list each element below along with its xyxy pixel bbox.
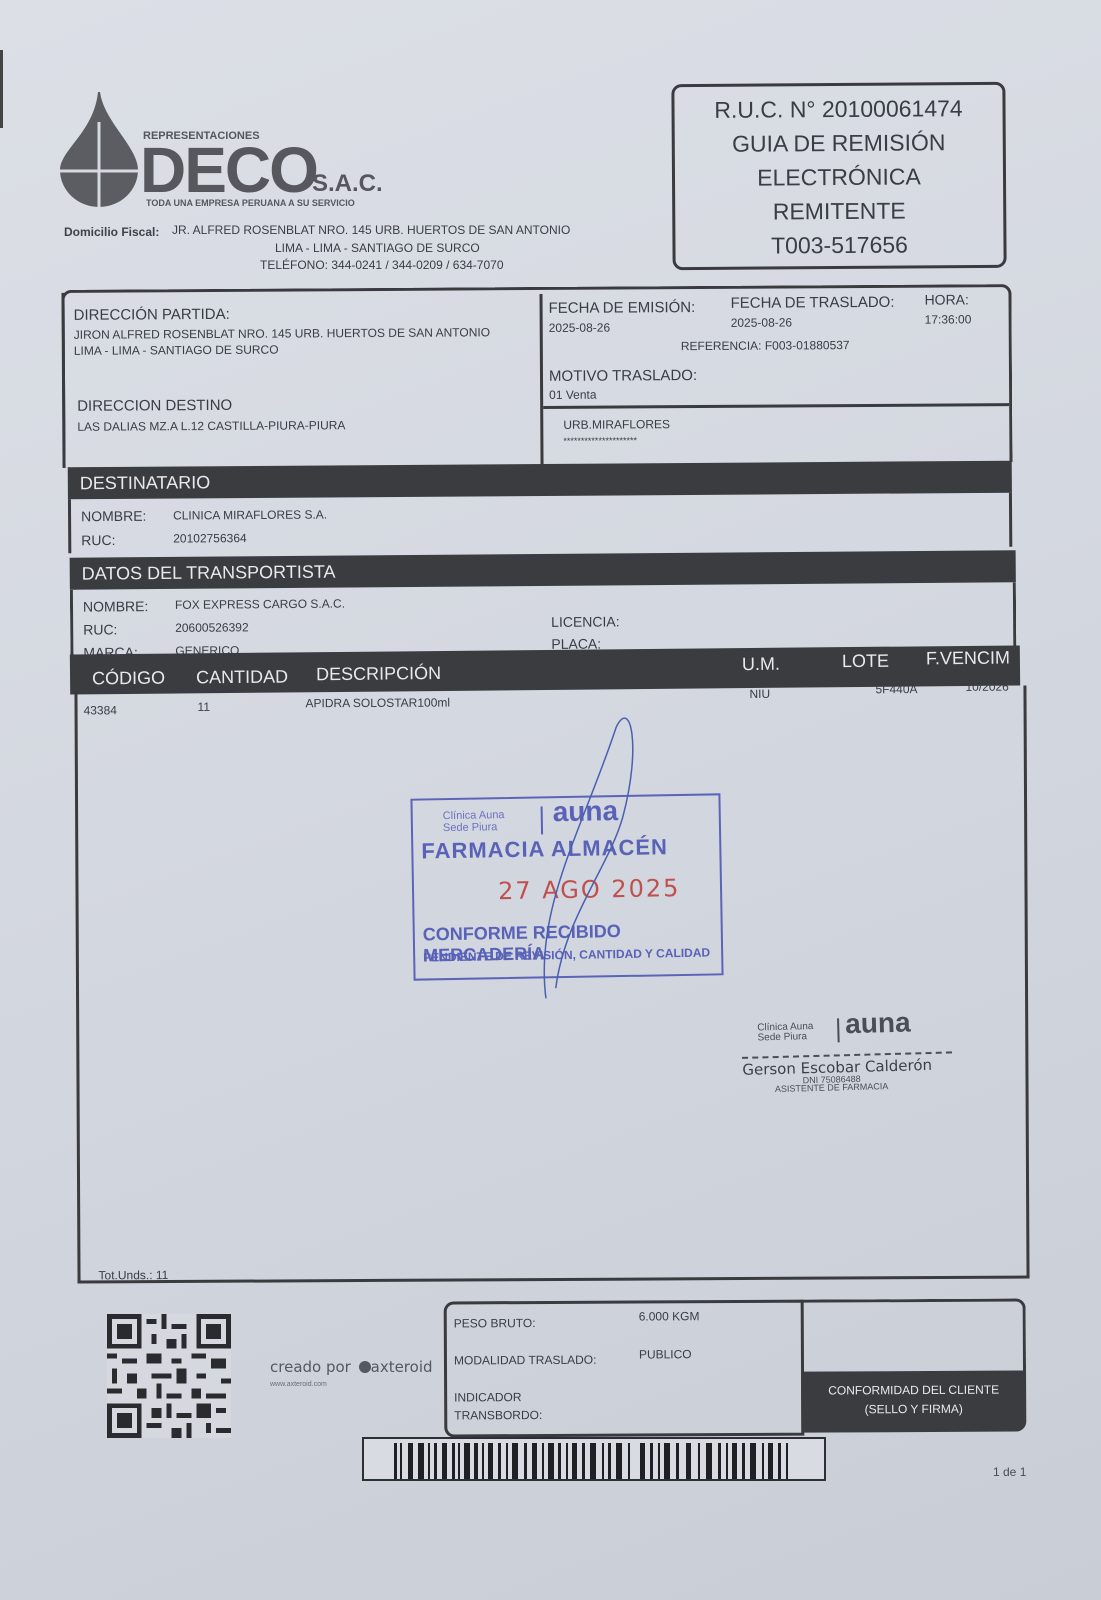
col-exp: F.VENCIM <box>926 648 1010 670</box>
col-desc: DESCRIPCIÓN <box>316 663 441 685</box>
company-phone: TELÉFONO: 344-0241 / 344-0209 / 634-7070 <box>260 258 504 272</box>
doc-type-line1: GUIA DE REMISIÓN <box>675 125 1003 161</box>
destination-label: DIRECCION DESTINO <box>77 397 232 415</box>
time-label: HORA: <box>924 291 968 307</box>
col-lot: LOTE <box>842 651 889 672</box>
origin-label: DIRECCIÓN PARTIDA: <box>74 306 230 324</box>
weight-value: 6.000 KGM <box>639 1309 700 1323</box>
barcode <box>362 1437 826 1481</box>
conformity-line1: CONFORMIDAD DEL CLIENTE <box>801 1380 1026 1400</box>
cell-qty: 11 <box>198 700 211 714</box>
created-by: creado por axteroid <box>270 1358 433 1376</box>
divider <box>539 294 543 466</box>
barcode-icon <box>364 1439 824 1479</box>
vendor-name: axteroid <box>371 1358 433 1376</box>
weight-label: PESO BRUTO: <box>454 1316 536 1330</box>
col-qty: CANTIDAD <box>196 666 288 688</box>
signature-area <box>801 1298 1026 1372</box>
recipient-ruc-label: RUC: <box>81 532 115 548</box>
shipment-info-block: DIRECCIÓN PARTIDA: JIRON ALFRED ROSENBLA… <box>61 284 1012 468</box>
time-value: 17:36:00 <box>925 312 972 326</box>
col-um: U.M. <box>742 654 780 675</box>
sig-brand: auna <box>845 1006 911 1040</box>
qr-code-icon <box>107 1312 231 1440</box>
destination-line1: LAS DALIAS MZ.A L.12 CASTILLA-PIURA-PIUR… <box>77 418 345 434</box>
extra-masked: ********************* <box>563 435 637 445</box>
license-label: LICENCIA: <box>551 613 620 630</box>
ruc-number: R.U.C. N° 20100061474 <box>674 91 1002 127</box>
cell-desc: APIDRA SOLOSTAR100ml <box>305 696 450 711</box>
border <box>61 293 65 468</box>
signature-stamp: Clínica Auna Sede Piura auna Gerson Esco… <box>737 1007 969 1103</box>
signature-scribble-icon <box>521 707 646 1009</box>
carrier-name-value: FOX EXPRESS CARGO S.A.C. <box>175 597 345 612</box>
fiscal-address-line2: LIMA - LIMA - SANTIAGO DE SURCO <box>275 241 480 255</box>
col-code: CÓDIGO <box>92 668 165 690</box>
table-row: 43384 11 APIDRA SOLOSTAR100ml NIU 5F440A… <box>77 686 1023 711</box>
total-units: Tot.Unds.: 11 <box>98 1268 168 1282</box>
vendor-url: www.axteroid.com <box>270 1381 327 1388</box>
document-number: T003-517656 <box>675 227 1003 263</box>
axteroid-logo-icon <box>359 1361 371 1373</box>
stamp-site: Sede Piura <box>443 821 498 834</box>
carrier-section: DATOS DEL TRANSPORTISTA NOMBRE: FOX EXPR… <box>70 550 1017 657</box>
company-name: DECO <box>140 138 317 202</box>
shipment-details-box: PESO BRUTO: 6.000 KGM MODALIDAD TRASLADO… <box>444 1300 805 1438</box>
page-number: 1 de 1 <box>993 1465 1026 1479</box>
company-tagline: TODA UNA EMPRESA PERUANA A SU SERVICIO <box>146 198 355 208</box>
carrier-name-label: NOMBRE: <box>83 598 148 615</box>
recipient-section: DESTINATARIO NOMBRE: CLINICA MIRAFLORES … <box>68 452 1013 559</box>
reference: REFERENCIA: F003-01880537 <box>681 338 850 353</box>
divider <box>837 1018 840 1042</box>
transshipment-label1: INDICADOR <box>454 1390 521 1404</box>
company-suffix: S.A.C. <box>312 170 383 198</box>
page-edge-mark <box>0 50 3 128</box>
sig-site: Sede Piura <box>757 1031 807 1043</box>
client-conformity: CONFORMIDAD DEL CLIENTE (SELLO Y FIRMA) <box>801 1370 1026 1432</box>
received-stamp: Clínica Auna Sede Piura auna FARMACIA AL… <box>410 793 723 980</box>
cell-um: NIU <box>749 687 770 701</box>
extra-address: URB.MIRAFLORES <box>563 417 670 432</box>
sig-role: ASISTENTE DE FARMACIA <box>775 1081 889 1094</box>
recipient-ruc-value: 20102756364 <box>173 531 247 546</box>
reason-label: MOTIVO TRASLADO: <box>549 367 697 385</box>
cell-exp: 10/2026 <box>965 680 1008 694</box>
origin-line1: JIRON ALFRED ROSENBLAT NRO. 145 URB. HUE… <box>74 325 490 342</box>
cell-code: 43384 <box>84 703 117 717</box>
transfer-date-label: FECHA DE TRASLADO: <box>731 294 895 312</box>
cell-lot: 5F440A <box>875 682 917 696</box>
carrier-ruc-value: 20600526392 <box>175 620 249 635</box>
deco-logo-icon <box>60 92 140 207</box>
fiscal-address-label: Domicilio Fiscal: <box>64 225 159 239</box>
mode-value: PUBLICO <box>639 1347 692 1361</box>
doc-type-line3: REMITENTE <box>675 193 1003 229</box>
created-by-label: creado por <box>270 1358 351 1376</box>
emission-date-value: 2025-08-26 <box>549 321 610 335</box>
divider <box>543 403 1009 409</box>
fiscal-address-line1: JR. ALFRED ROSENBLAT NRO. 145 URB. HUERT… <box>172 223 570 237</box>
reason-value: 01 Venta <box>549 388 596 402</box>
origin-line2: LIMA - LIMA - SANTIAGO DE SURCO <box>74 343 279 358</box>
recipient-name-label: NOMBRE: <box>81 508 146 524</box>
doc-type-line2: ELECTRÓNICA <box>675 159 1003 195</box>
document-id-box: R.U.C. N° 20100061474 GUIA DE REMISIÓN E… <box>671 82 1006 270</box>
emission-date-label: FECHA DE EMISIÓN: <box>549 299 696 317</box>
transfer-date-value: 2025-08-26 <box>731 315 792 329</box>
footer-box: PESO BRUTO: 6.000 KGM MODALIDAD TRASLADO… <box>444 1298 1027 1435</box>
recipient-name-value: CLINICA MIRAFLORES S.A. <box>173 507 327 522</box>
carrier-ruc-label: RUC: <box>83 621 117 637</box>
transshipment-label2: TRANSBORDO: <box>454 1408 542 1422</box>
stamp-clinic: Clínica Auna <box>443 809 505 822</box>
conformity-line2: (SELLO Y FIRMA) <box>801 1399 1026 1419</box>
mode-label: MODALIDAD TRASLADO: <box>454 1353 597 1368</box>
